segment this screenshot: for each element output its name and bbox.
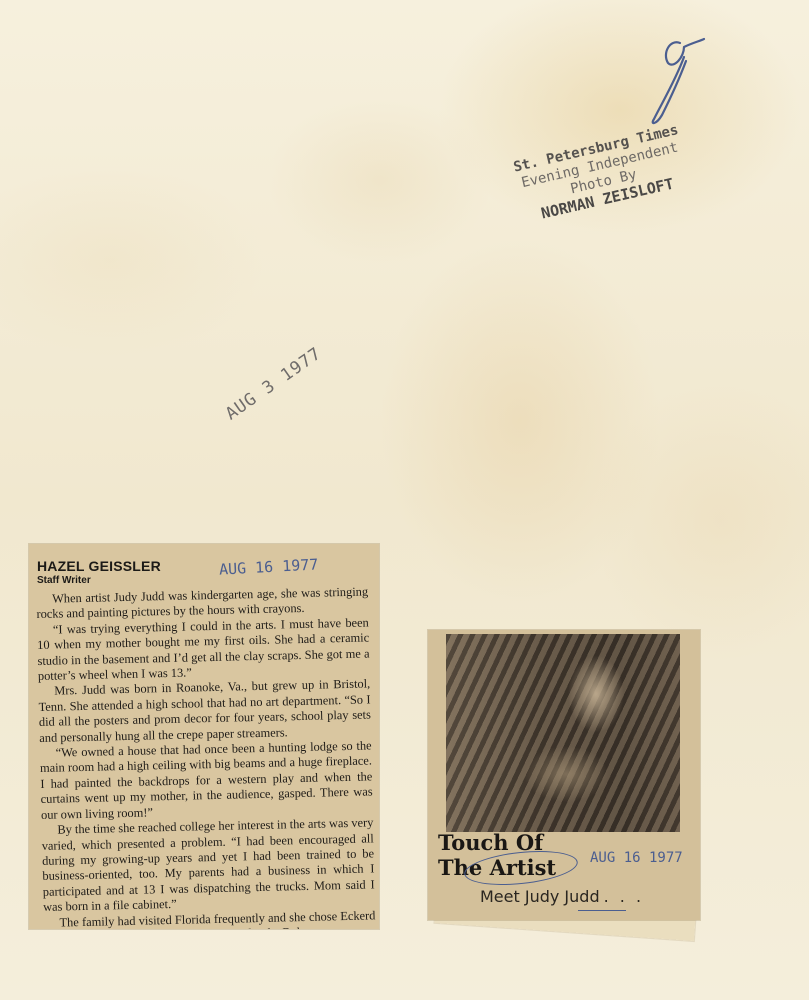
article-paragraph: “I was trying everything I could in the … [37, 615, 370, 684]
subhead-ellipsis: . . . [604, 887, 644, 906]
subhead-text: Meet Judy Judd [480, 887, 600, 906]
byline: HAZEL GEISSLER Staff Writer [37, 558, 161, 586]
photo-clipping: Touch Of The Artist AUG 16 1977 Meet Jud… [428, 630, 700, 920]
article-clipping: HAZEL GEISSLER Staff Writer AUG 16 1977 … [29, 544, 379, 929]
clipping-date-stamp: AUG 16 1977 [590, 850, 683, 866]
article-paragraph: Mrs. Judd was born in Roanoke, Va., but … [38, 677, 371, 746]
article-paragraph: By the time she reached college her inte… [41, 816, 375, 916]
article-paragraph: “We owned a house that had once been a h… [39, 738, 373, 823]
article-body: When artist Judy Judd was kindergarten a… [36, 584, 376, 929]
article-date-stamp: AUG 16 1977 [219, 555, 319, 578]
byline-role: Staff Writer [37, 575, 161, 586]
handwritten-g-mark [640, 35, 710, 125]
halftone-photo [446, 634, 680, 832]
pen-underline-annotation [578, 910, 626, 911]
clipping-subhead: Meet Judy Judd. . . [480, 887, 644, 906]
byline-name: HAZEL GEISSLER [37, 558, 161, 574]
